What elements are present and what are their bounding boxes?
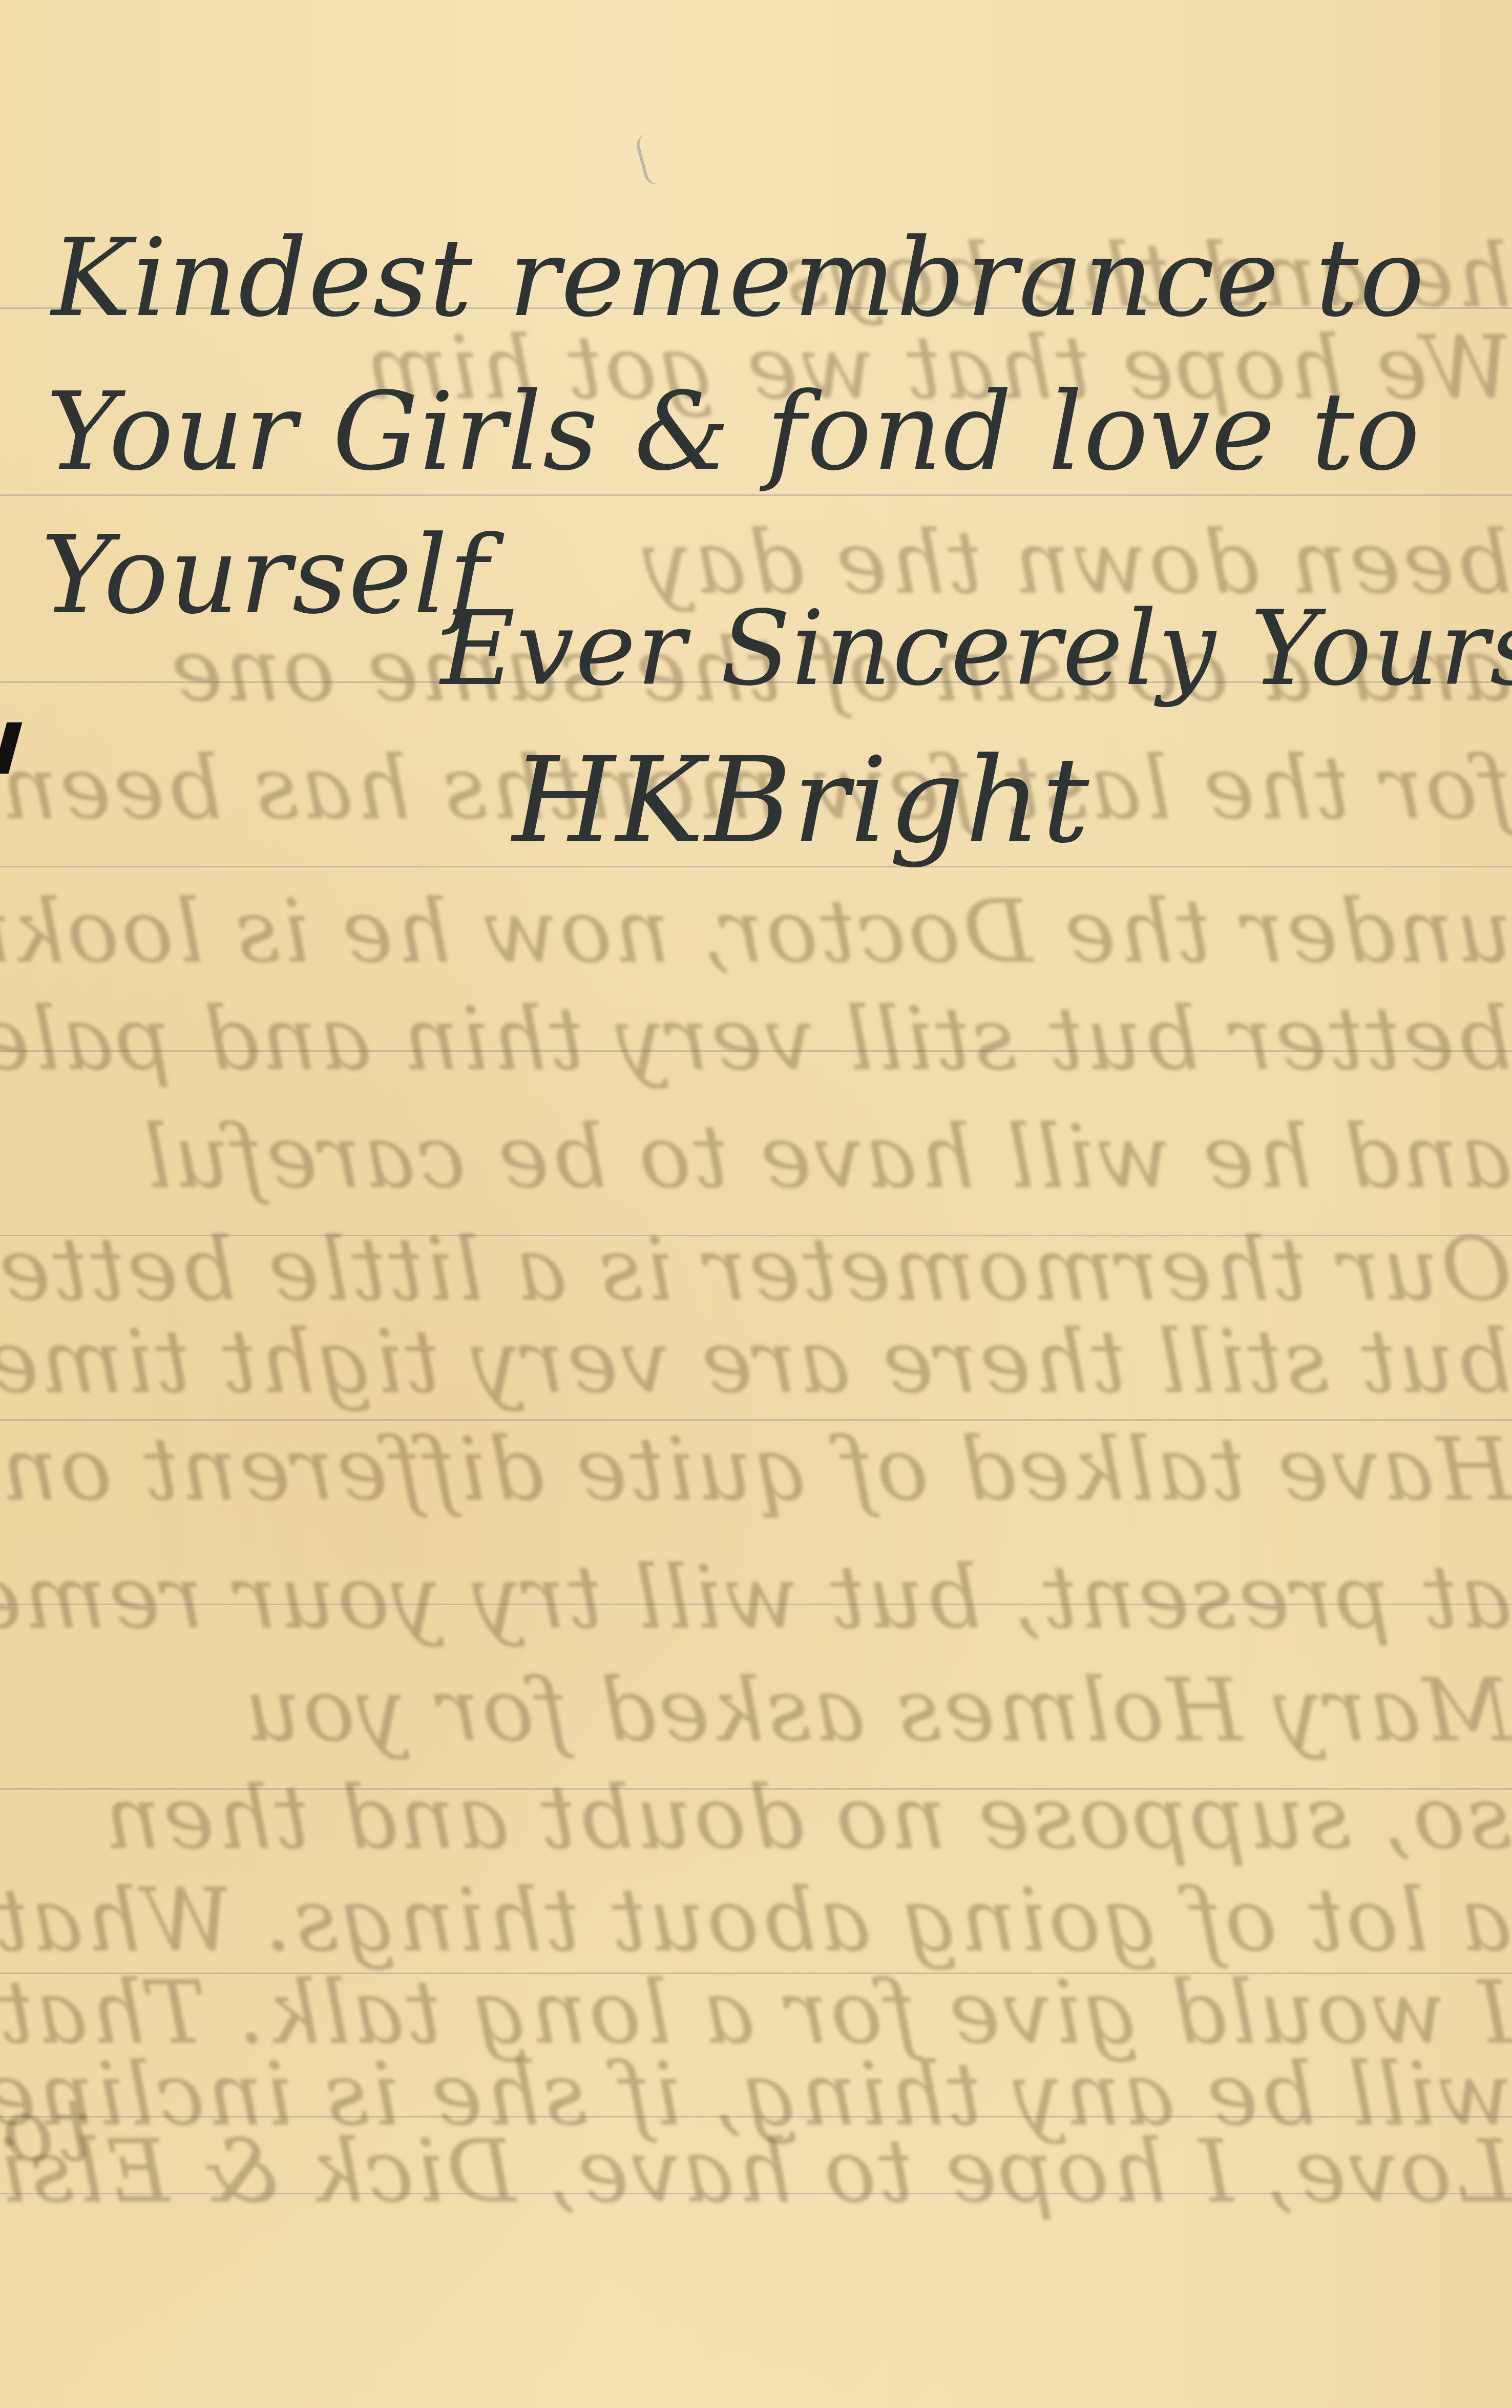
bleed-through-line: under the Doctor, now he is looking <box>0 881 1512 983</box>
bleed-through-line: so, suppose no doubt and then <box>0 1768 1512 1869</box>
bleed-through-line: but still there are very tight times <box>0 1312 1512 1413</box>
letter-line: Yourself <box>41 512 489 638</box>
letter-page: he and the boys We hope that we got him … <box>0 0 1512 2408</box>
bleed-through-line: Love, I hope to have, Dick & Elsie <box>0 2121 1512 2223</box>
bleed-through-line: and he will have to be careful <box>0 1107 1512 1208</box>
letter-line: Kindest remembrance to <box>51 215 1425 341</box>
bleed-through-line: Mary Holmes asked for you <box>0 1660 1512 1761</box>
signature: HKBright <box>512 733 1090 869</box>
bleed-through-line: better but still very thin and pale <box>0 989 1512 1090</box>
letter-line: Your Girls & fond love to <box>46 369 1421 494</box>
bleed-through-line: at present, but will try your remedy <box>0 1547 1512 1649</box>
ink-stain <box>634 131 670 186</box>
bleed-through-line: Our thermometer is a little better <box>0 1219 1512 1321</box>
bleed-through-line: a lot of going about things. What <box>0 1870 1512 1971</box>
letter-closing: Ever Sincerely Yours <box>440 589 1512 709</box>
ruled-line <box>0 494 1512 496</box>
bleed-through-line: Have talked of quite different ones <box>0 1419 1512 1521</box>
